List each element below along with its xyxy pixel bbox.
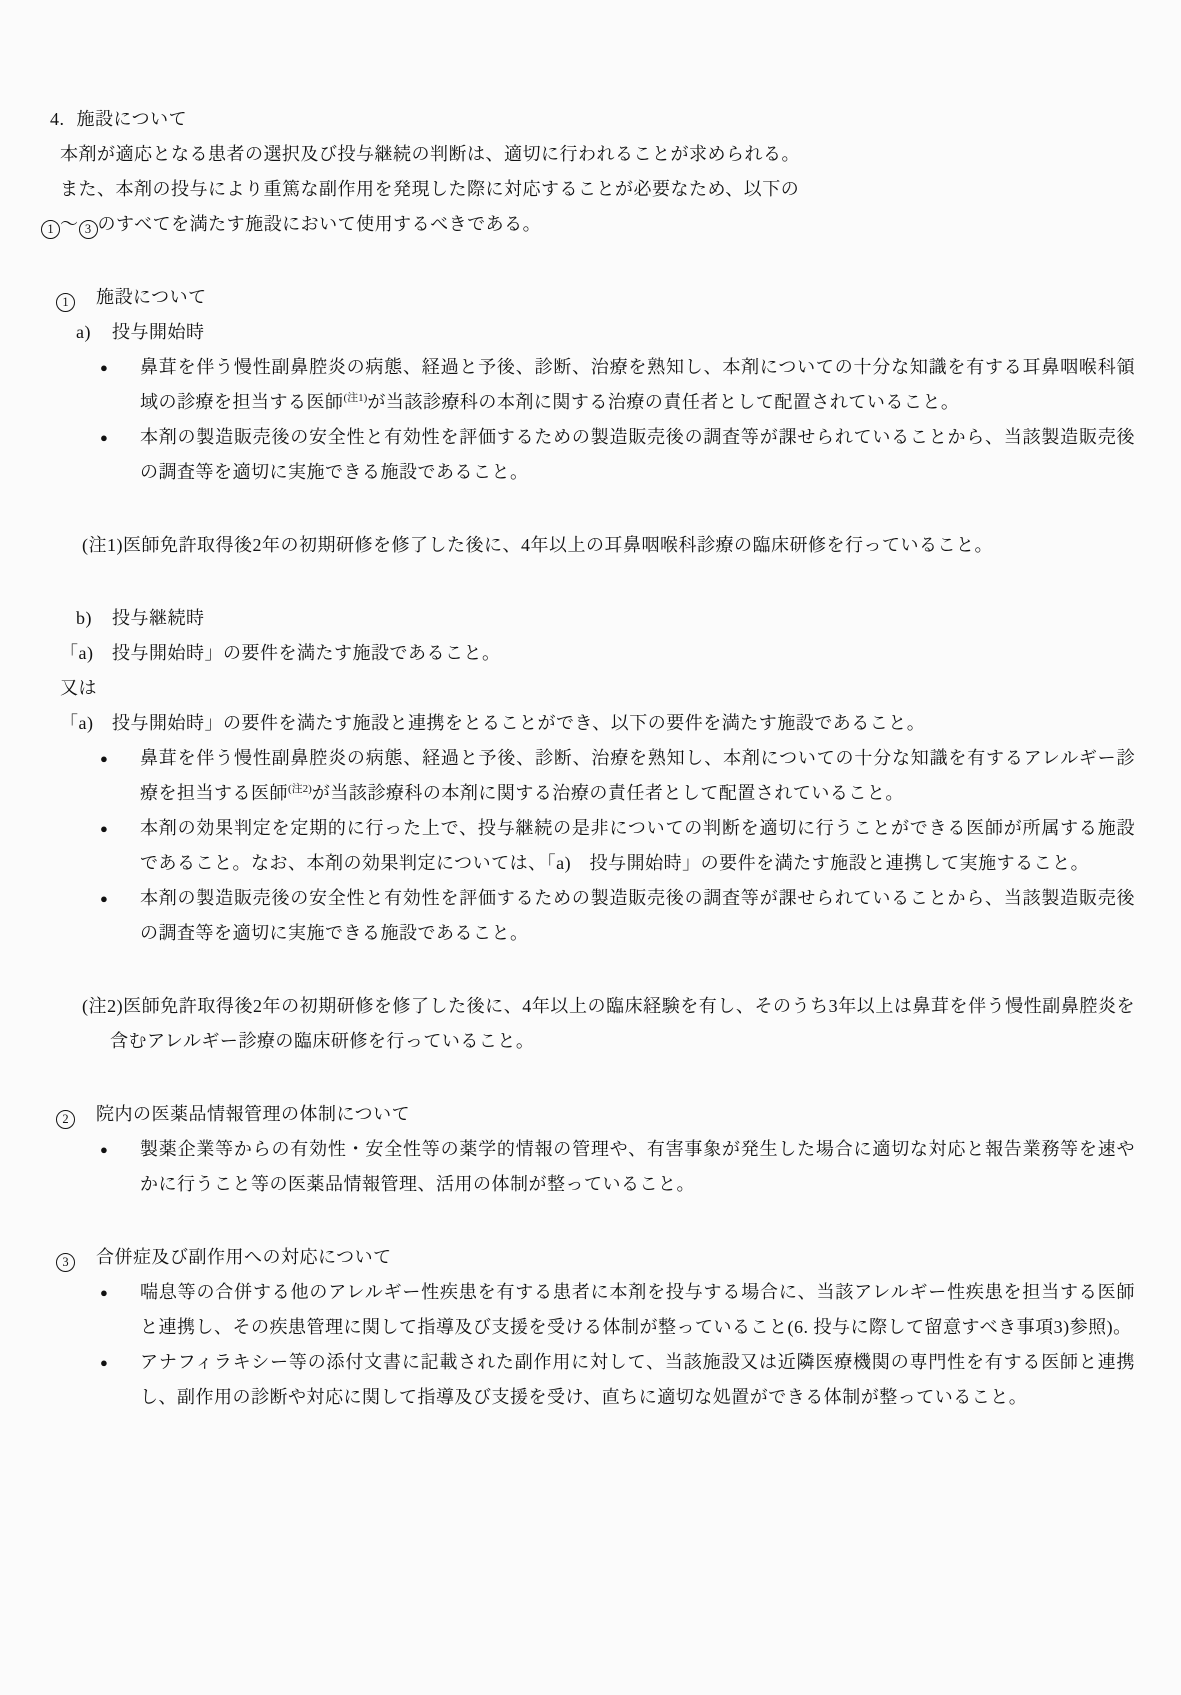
bullet-item: ●製薬企業等からの有効性・安全性等の薬学的情報の管理や、有害事象が発生した場合に… [96,1132,1135,1202]
requirement-line: 又は [60,671,1135,706]
bullet-item: ●本剤の製造販売後の安全性と有効性を評価するための製造販売後の調査等が課せられて… [96,420,1135,490]
sub-item-title: 投与継続時 [112,601,205,636]
bullet-text: 鼻茸を伴う慢性副鼻腔炎の病態、経過と予後、診断、治療を熟知し、本剤についての十分… [140,741,1135,811]
text-run: 本剤の製造販売後の安全性と有効性を評価するための製造販売後の調査等が課せられてい… [140,888,1135,943]
text-run: 製薬企業等からの有効性・安全性等の薬学的情報の管理や、有害事象が発生した場合に適… [140,1139,1135,1194]
bullet-item: ●本剤の製造販売後の安全性と有効性を評価するための製造販売後の調査等が課せられて… [96,881,1135,951]
document-content: 4.施設について本剤が適応となる患者の選択及び投与継続の判断は、適切に行われるこ… [0,102,1135,1415]
sub-item-heading: b)投与継続時 [76,601,1135,636]
numbered-item-title: 院内の医薬品情報管理の体制について [96,1097,410,1132]
sub-item-marker: b) [76,601,112,636]
circled-number-2: 2 [56,1110,75,1129]
text-run: 本剤の製造販売後の安全性と有効性を評価するための製造販売後の調査等が課せられてい… [140,427,1135,482]
numbered-item-title: 施設について [96,280,207,315]
numbered-item-title: 合併症及び副作用への対応について [96,1240,392,1275]
intro-paragraph-line: また、本剤の投与により重篤な副作用を発現した際に対応することが必要なため、以下の [60,172,1135,207]
numbered-item-heading: 1施設について [56,280,1135,315]
text-run: 本剤の効果判定を定期的に行った上で、投与継続の是非についての判断を適切に行うこと… [140,818,1135,873]
bullet-text: アナフィラキシー等の添付文書に記載された副作用に対して、当該施設又は近隣医療機関… [140,1345,1135,1415]
bullet-icon: ● [96,350,140,420]
numbered-item-marker: 1 [56,280,96,315]
circled-number-3: 3 [79,220,98,239]
circled-number-1: 1 [41,220,60,239]
bullet-icon: ● [96,1345,140,1415]
numbered-item-marker: 3 [56,1240,96,1275]
bullet-icon: ● [96,420,140,490]
bullet-icon: ● [96,1275,140,1345]
bullet-icon: ● [96,741,140,811]
bullet-icon: ● [96,1132,140,1202]
footnote-line: (注2)医師免許取得後2年の初期研修を修了した後に、4年以上の臨床経験を有し、そ… [82,989,1135,1059]
note-reference: (注1) [344,392,368,404]
text-run: のすべてを満たす施設において使用するべきである。 [98,214,542,234]
bullet-text: 本剤の製造販売後の安全性と有効性を評価するための製造販売後の調査等が課せられてい… [140,420,1135,490]
numbered-item-heading: 3合併症及び副作用への対応について [56,1240,1135,1275]
sub-item-marker: a) [76,315,112,350]
bullet-item: ●アナフィラキシー等の添付文書に記載された副作用に対して、当該施設又は近隣医療機… [96,1345,1135,1415]
requirement-line: 「a) 投与開始時」の要件を満たす施設と連携をとることができ、以下の要件を満たす… [60,706,1135,741]
text-run: ～ [60,214,79,234]
requirement-line: 「a) 投与開始時」の要件を満たす施設であること。 [60,636,1135,671]
text-run: が当該診療科の本剤に関する治療の責任者として配置されていること。 [367,392,959,412]
section-title: 施設について [77,109,188,129]
footnote-line: (注1)医師免許取得後2年の初期研修を修了した後に、4年以上の耳鼻咽喉科診療の臨… [82,528,1135,563]
intro-paragraph-line: 本剤が適応となる患者の選択及び投与継続の判断は、適切に行われることが求められる。 [60,137,1135,172]
bullet-item: ●鼻茸を伴う慢性副鼻腔炎の病態、経過と予後、診断、治療を熟知し、本剤についての十… [96,350,1135,420]
bullet-item: ●本剤の効果判定を定期的に行った上で、投与継続の是非についての判断を適切に行うこ… [96,811,1135,881]
intro-paragraph-line: 1～3のすべてを満たす施設において使用するべきである。 [41,207,1135,242]
bullet-text: 本剤の製造販売後の安全性と有効性を評価するための製造販売後の調査等が課せられてい… [140,881,1135,951]
circled-number-1: 1 [56,293,75,312]
numbered-item-heading: 2院内の医薬品情報管理の体制について [56,1097,1135,1132]
bullet-icon: ● [96,881,140,951]
sub-item-heading: a)投与開始時 [76,315,1135,350]
circled-number-3: 3 [56,1253,75,1272]
text-run: が当該診療科の本剤に関する治療の責任者として配置されていること。 [312,783,904,803]
bullet-item: ●喘息等の合併する他のアレルギー性疾患を有する患者に本剤を投与する場合に、当該ア… [96,1275,1135,1345]
numbered-item-marker: 2 [56,1097,96,1132]
bullet-text: 喘息等の合併する他のアレルギー性疾患を有する患者に本剤を投与する場合に、当該アレ… [140,1275,1135,1345]
section-heading: 4.施設について [50,102,1135,137]
note-reference: (注2) [288,783,312,795]
section-number: 4. [50,102,65,137]
bullet-icon: ● [96,811,140,881]
text-run: アナフィラキシー等の添付文書に記載された副作用に対して、当該施設又は近隣医療機関… [140,1352,1135,1407]
document-page: 4.施設について本剤が適応となる患者の選択及び投与継続の判断は、適切に行われるこ… [0,0,1181,1695]
sub-item-title: 投与開始時 [112,315,205,350]
bullet-item: ●鼻茸を伴う慢性副鼻腔炎の病態、経過と予後、診断、治療を熟知し、本剤についての十… [96,741,1135,811]
text-run: 喘息等の合併する他のアレルギー性疾患を有する患者に本剤を投与する場合に、当該アレ… [140,1282,1135,1337]
bullet-text: 本剤の効果判定を定期的に行った上で、投与継続の是非についての判断を適切に行うこと… [140,811,1135,881]
bullet-text: 製薬企業等からの有効性・安全性等の薬学的情報の管理や、有害事象が発生した場合に適… [140,1132,1135,1202]
bullet-text: 鼻茸を伴う慢性副鼻腔炎の病態、経過と予後、診断、治療を熟知し、本剤についての十分… [140,350,1135,420]
